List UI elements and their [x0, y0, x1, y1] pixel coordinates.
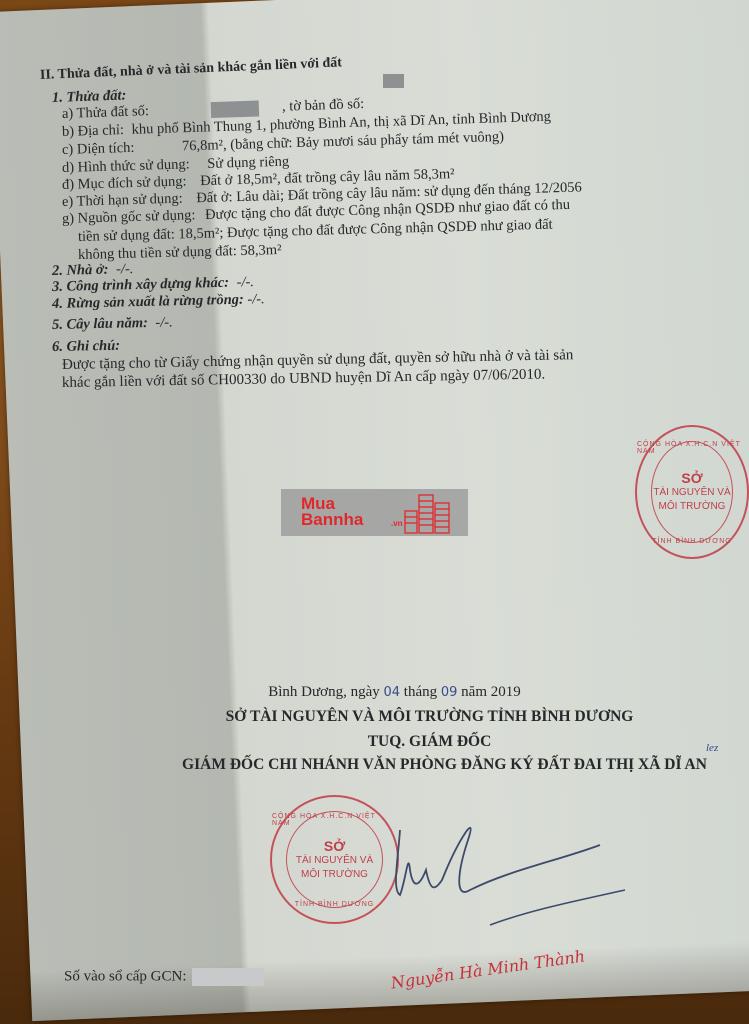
parcel-number-redacted	[210, 100, 259, 118]
perennial-trees-heading: 5. Cây lâu năm:	[52, 315, 148, 333]
agency-name: SỞ TÀI NGUYÊN VÀ MÔI TRƯỜNG TỈNH BÌNH DƯ…	[55, 708, 749, 726]
map-sheet-redacted	[383, 74, 404, 88]
position-title: GIÁM ĐỐC CHI NHÁNH VĂN PHÒNG ĐĂNG KÝ ĐẤT…	[70, 756, 749, 774]
house-heading: 2. Nhà ở:	[52, 262, 109, 279]
perennial-trees-value: -/-.	[155, 314, 173, 330]
production-forest-row: 4. Rừng sản xuất là rừng trồng: -/-.	[52, 291, 265, 313]
stamp-ring-text: CỘNG HÒA X.H.C.N VIỆT NAM	[637, 441, 747, 455]
signer-name: Nguyễn Hà Minh Thành	[390, 946, 586, 992]
handwritten-signature-icon	[370, 810, 630, 930]
term-label: e) Thời hạn sử dụng:	[62, 191, 183, 210]
perennial-trees-row: 5. Cây lâu năm: -/-.	[52, 314, 173, 334]
stamp-line-2: MÔI TRƯỜNG	[659, 500, 726, 514]
house-value: -/-.	[116, 261, 134, 277]
stamp-bottom-line-2: MÔI TRƯỜNG	[301, 868, 368, 882]
stamp-bottom-main: SỞ	[324, 838, 345, 854]
stamp-bottom-footer: TỈNH BÌNH DƯƠNG	[295, 901, 374, 908]
address-label: b) Địa chỉ:	[62, 122, 124, 140]
stamp-bottom-line-1: TÀI NGUYÊN VÀ	[296, 854, 373, 868]
issue-date: Bình Dương, ngày 04 tháng 09 năm 2019	[0, 684, 749, 701]
production-forest-heading: 4. Rừng sản xuất là rừng trồng:	[52, 292, 244, 312]
registry-label: Số vào sổ cấp GCN:	[64, 968, 187, 984]
other-construction-value: -/-.	[236, 274, 254, 290]
section-title: II. Thửa đất, nhà ở và tài sản khác gắn …	[40, 55, 343, 84]
certificate-content: II. Thửa đất, nhà ở và tài sản khác gắn …	[0, 0, 749, 1024]
muabannha-watermark: Mua Bannha .vn	[281, 489, 468, 536]
stamp-bottom-text: TỈNH BÌNH DƯƠNG	[652, 538, 731, 545]
handwritten-mark: lez	[706, 742, 718, 754]
official-stamp-top: CỘNG HÒA X.H.C.N VIỆT NAM SỞ TÀI NGUYÊN …	[635, 425, 749, 559]
date-prefix: Bình Dương, ngày	[268, 684, 379, 700]
usage-form-value: Sử dụng riêng	[207, 154, 289, 172]
date-month: 09	[441, 685, 458, 700]
area-label: c) Diện tích:	[62, 140, 135, 158]
date-year: năm 2019	[461, 684, 521, 700]
map-sheet-label: , tờ bản đồ số:	[282, 96, 365, 115]
registry-number-redacted	[192, 968, 264, 986]
stamp-line-1: TÀI NGUYÊN VÀ	[653, 486, 730, 500]
date-month-label: tháng	[404, 684, 437, 700]
date-day: 04	[383, 685, 400, 700]
origin-label: g) Nguồn gốc sử dụng:	[62, 207, 196, 227]
parcel-number-label: a) Thửa đất số:	[62, 103, 149, 122]
notes-heading: 6. Ghi chú:	[52, 338, 120, 356]
watermark-suffix: .vn	[391, 519, 403, 528]
watermark-line-2: Bannha	[301, 511, 363, 528]
building-logo-icon	[403, 493, 453, 535]
stamp-main-text: SỞ	[681, 470, 702, 486]
production-forest-value: -/-.	[247, 291, 265, 307]
on-behalf-title: TUQ. GIÁM ĐỐC	[55, 733, 749, 751]
registry-row: Số vào sổ cấp GCN:	[64, 968, 264, 986]
